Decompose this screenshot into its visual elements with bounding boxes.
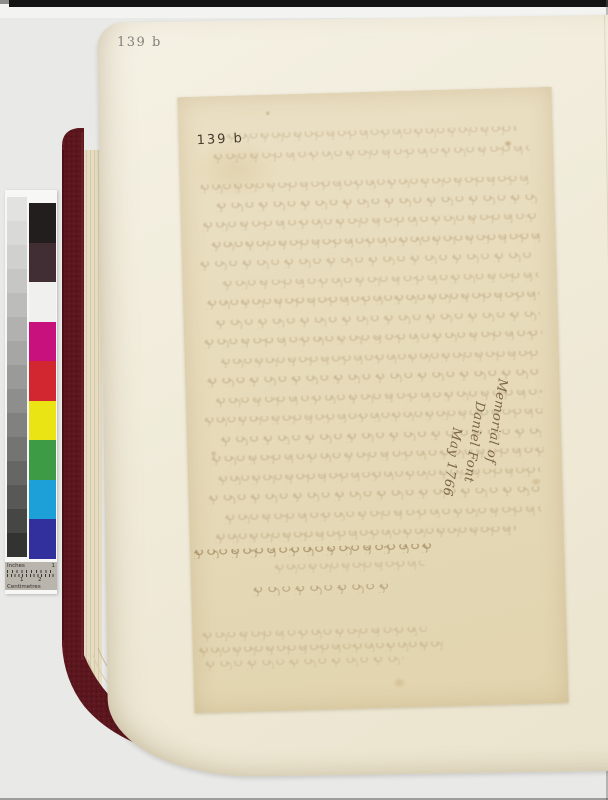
color-patch-sepia bbox=[29, 243, 56, 283]
handwriting-line bbox=[223, 272, 539, 290]
handwriting-line bbox=[199, 641, 443, 657]
gray-step bbox=[7, 509, 27, 533]
gray-step bbox=[7, 245, 27, 269]
gray-step bbox=[7, 365, 27, 389]
ruler-cm-number-1: 1 bbox=[20, 577, 24, 583]
color-patch-magenta bbox=[29, 322, 56, 362]
gray-step bbox=[7, 437, 27, 461]
handwriting-line bbox=[200, 252, 534, 270]
handwriting-line bbox=[202, 627, 426, 642]
gray-step bbox=[7, 197, 27, 221]
color-patch-green bbox=[29, 440, 56, 480]
inches-label: Inches bbox=[7, 563, 25, 569]
color-patch-black bbox=[29, 203, 56, 243]
album-page-number-stamp: 139 b bbox=[117, 35, 162, 50]
color-patch-blue bbox=[29, 519, 56, 559]
handwriting-line bbox=[203, 213, 539, 231]
handwriting-line bbox=[216, 311, 540, 329]
handwriting-line bbox=[275, 561, 425, 574]
color-patch-column bbox=[29, 203, 56, 559]
handwriting-line bbox=[213, 146, 529, 164]
handwriting-line bbox=[200, 176, 530, 194]
gray-step bbox=[7, 413, 27, 437]
manuscript-document: 139 b bbox=[177, 87, 568, 713]
handwriting-line bbox=[205, 656, 403, 671]
calibration-card: Inches 1 1 2 Centimetres bbox=[5, 190, 57, 594]
handwriting-line bbox=[204, 330, 542, 348]
handwriting-line bbox=[221, 350, 539, 368]
handwriting-line bbox=[212, 233, 540, 251]
gray-step bbox=[7, 533, 27, 557]
color-patch-red bbox=[29, 361, 56, 401]
digitized-manuscript-photo: 139 b 139 b bbox=[0, 0, 608, 800]
gray-step bbox=[7, 341, 27, 365]
handwriting-line bbox=[216, 194, 538, 212]
gray-step bbox=[7, 389, 27, 413]
handwriting-line bbox=[225, 506, 541, 524]
ruler-inch-number: 1 bbox=[52, 563, 56, 569]
gray-step bbox=[7, 293, 27, 317]
handwriting-line bbox=[227, 126, 517, 143]
handwriting-line-dark bbox=[194, 543, 432, 559]
color-patch-yellow bbox=[29, 401, 56, 441]
gray-step bbox=[7, 485, 27, 509]
gray-step bbox=[7, 221, 27, 245]
inch-tick-marks bbox=[7, 570, 55, 573]
centimetres-label: Centimetres bbox=[7, 584, 41, 590]
color-patch-cyan bbox=[29, 480, 56, 520]
ruler-cm-number-2: 2 bbox=[38, 577, 42, 583]
handwriting-line bbox=[207, 291, 539, 309]
gray-step bbox=[7, 269, 27, 293]
ruler: Inches 1 1 2 Centimetres bbox=[5, 562, 57, 590]
gray-step bbox=[7, 317, 27, 341]
cm-tick-marks bbox=[7, 574, 55, 577]
handwriting-signature bbox=[253, 584, 389, 597]
gray-step bbox=[7, 461, 27, 485]
color-patch-white bbox=[29, 282, 56, 322]
gray-scale-column bbox=[7, 197, 27, 557]
